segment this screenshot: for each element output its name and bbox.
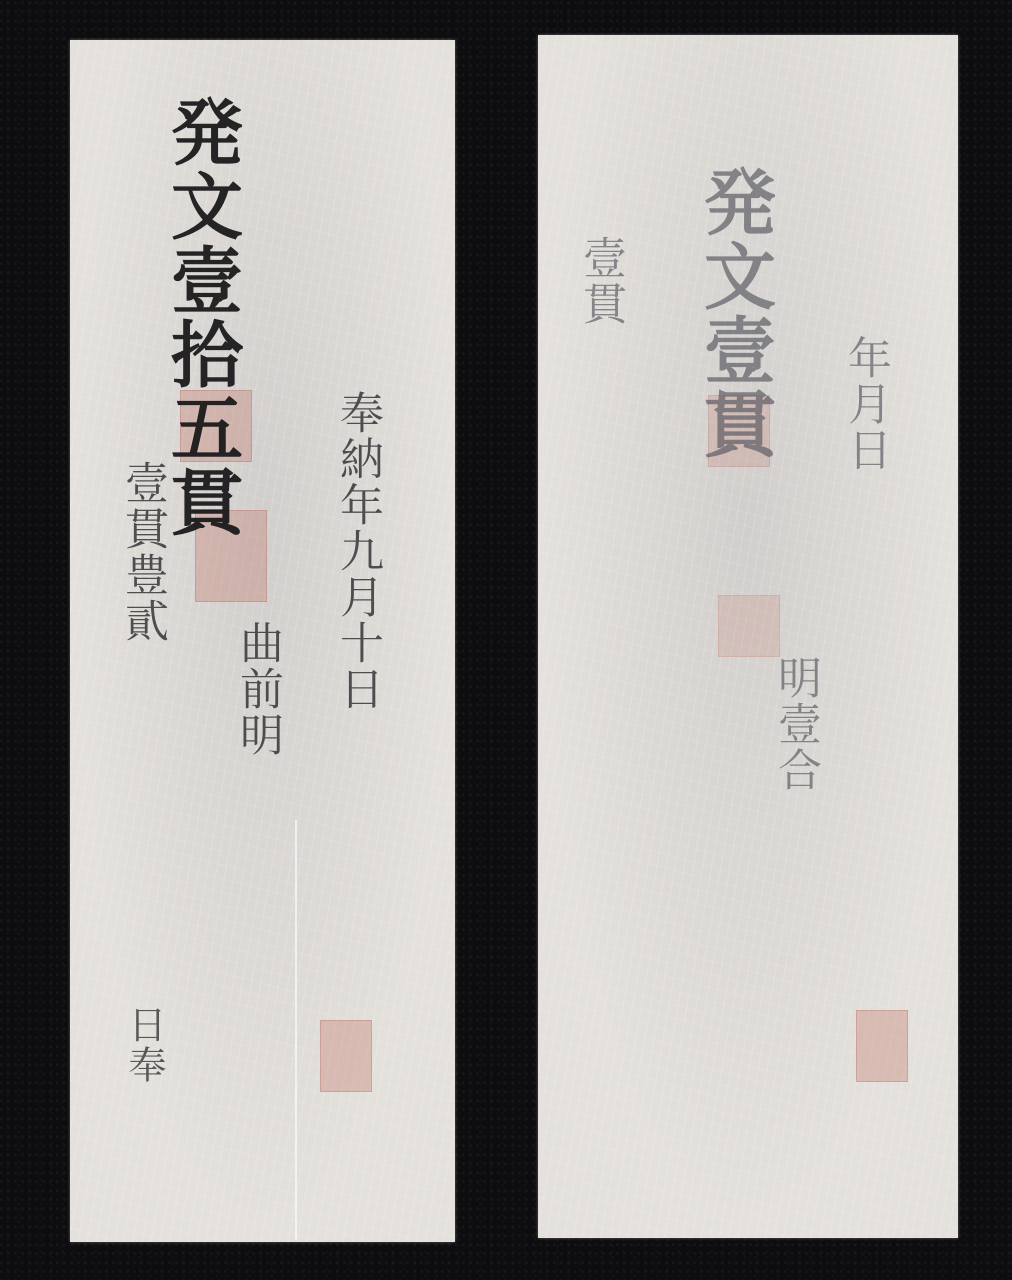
main-calligraphy-column: 発文壹貫 <box>698 165 770 461</box>
left-text-column: 壹貫豊貳 <box>120 460 164 644</box>
center-text-column: 明壹合 <box>773 655 817 793</box>
date-column: 奉納年九月十日 <box>335 390 379 712</box>
red-seal-stamp <box>856 1010 908 1082</box>
main-calligraphy-column: 発文壹拾五貫 <box>165 95 237 539</box>
left-document-paper: 発文壹拾五貫 奉納年九月十日 曲前明 壹貫豊貳 日奉 <box>70 40 455 1242</box>
right-text-column: 年月日 <box>843 335 887 473</box>
signature-column: 日奉 <box>125 1005 163 1085</box>
center-text-column: 曲前明 <box>235 620 279 758</box>
right-document-paper: 発文壹貫 明壹合 壹貫 年月日 <box>538 35 958 1238</box>
red-seal-stamp <box>320 1020 372 1092</box>
left-text-column: 壹貫 <box>578 235 622 327</box>
red-seal-stamp <box>718 595 780 657</box>
fold-line <box>295 820 297 1240</box>
